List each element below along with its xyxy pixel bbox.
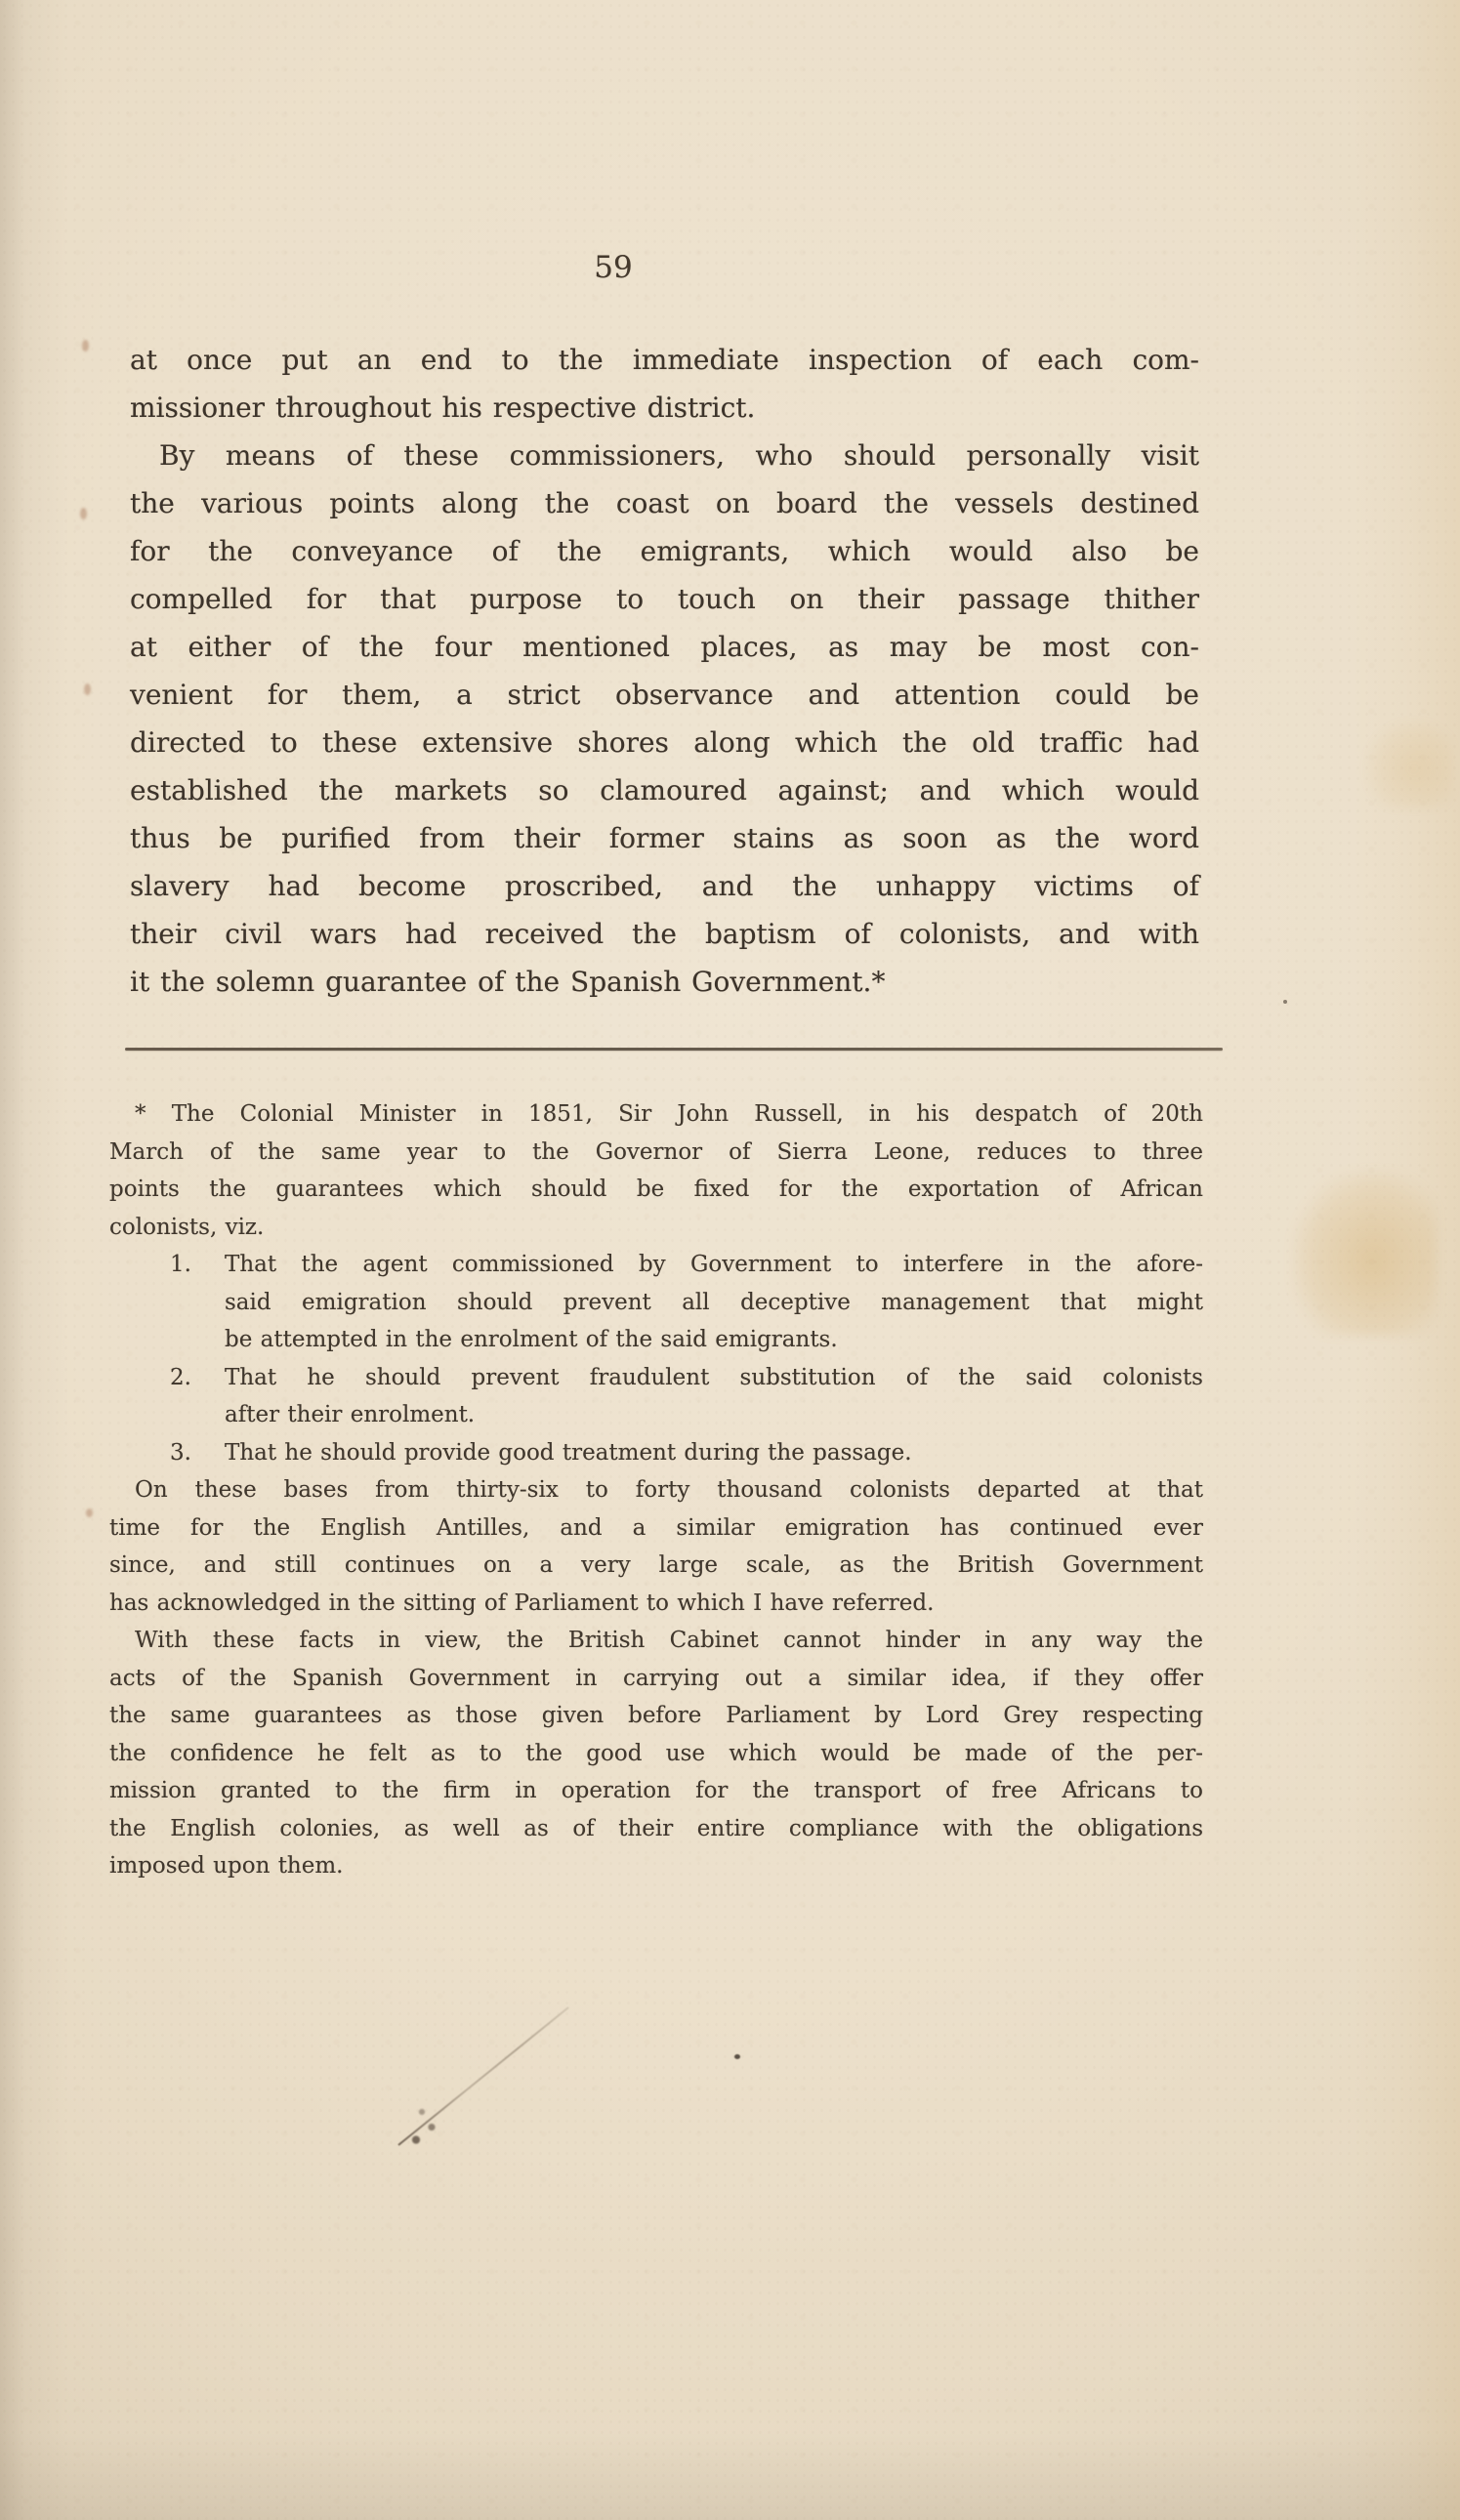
text-line: thus be purified from their former stain… xyxy=(130,814,1199,862)
text-line: has acknowledged in the sitting of Parli… xyxy=(109,1585,1203,1623)
bottom-edge-shadow xyxy=(0,2432,1460,2520)
text-line: time for the English Antilles, and a sim… xyxy=(109,1509,1203,1548)
text-line: at once put an end to the immediate insp… xyxy=(130,336,1199,384)
gutter-fleck xyxy=(84,683,91,695)
footnote-paragraph: With these facts in view, the British Ca… xyxy=(109,1622,1203,1885)
text-line: after their enrolment. xyxy=(225,1396,1203,1434)
text-line: mission granted to the firm in operation… xyxy=(109,1772,1203,1810)
footnote-list-item: 2.That he should prevent fraudulent subs… xyxy=(109,1359,1203,1434)
footnote-divider xyxy=(125,1048,1223,1051)
text-line: That the agent commissioned by Governmen… xyxy=(225,1246,1203,1284)
text-line: missioner throughout his respective dist… xyxy=(130,384,1199,432)
footnote-paragraph: * The Colonial Minister in 1851, Sir Joh… xyxy=(109,1095,1203,1246)
text-line: established the markets so clamoured aga… xyxy=(130,766,1199,814)
text-line: their civil wars had received the baptis… xyxy=(130,910,1199,958)
paragraph: By means of these commissioners, who sho… xyxy=(130,432,1199,1006)
footnote-item-number: 1. xyxy=(170,1246,225,1359)
footnote-item-text: That he should provide good treatment du… xyxy=(225,1434,1203,1472)
footnote-item-text: That the agent commissioned by Governmen… xyxy=(225,1246,1203,1359)
footnote: * The Colonial Minister in 1851, Sir Joh… xyxy=(109,1095,1203,1885)
gutter-fleck xyxy=(82,340,89,351)
text-line: at either of the four mentioned places, … xyxy=(130,623,1199,671)
text-line: imposed upon them. xyxy=(109,1847,1203,1885)
footnote-list-item: 1.That the agent commissioned by Governm… xyxy=(109,1246,1203,1359)
text-line: acts of the Spanish Government in carryi… xyxy=(109,1660,1203,1698)
text-line: compelled for that purpose to touch on t… xyxy=(130,575,1199,623)
pencil-scratch xyxy=(404,2099,443,2150)
footnote-item-number: 3. xyxy=(170,1434,225,1472)
footnote-list-item: 3.That he should provide good treatment … xyxy=(109,1434,1203,1472)
text-line: directed to these extensive shores along… xyxy=(130,719,1199,766)
ink-dot xyxy=(734,2054,740,2059)
text-line: That he should provide good treatment du… xyxy=(225,1434,1203,1472)
footnote-item-text: That he should prevent fraudulent substi… xyxy=(225,1359,1203,1434)
gutter-shadow xyxy=(0,0,68,2520)
text-line: said emigration should prevent all decep… xyxy=(225,1284,1203,1322)
text-line: points the guarantees which should be fi… xyxy=(109,1171,1203,1209)
page-number: 59 xyxy=(130,250,1097,285)
main-text: at once put an end to the immediate insp… xyxy=(130,336,1199,1006)
text-line: be attempted in the enrolment of the sai… xyxy=(225,1321,1203,1359)
text-line: On these bases from thirty-six to forty … xyxy=(109,1471,1203,1509)
text-line: By means of these commissioners, who sho… xyxy=(130,432,1199,479)
text-line: for the conveyance of the emigrants, whi… xyxy=(130,527,1199,575)
text-line: colonists, viz. xyxy=(109,1209,1203,1247)
text-line: the confidence he felt as to the good us… xyxy=(109,1735,1203,1773)
gutter-fleck xyxy=(86,1508,93,1517)
foxing-stain xyxy=(1365,721,1453,808)
book-page: 59 at once put an end to the immediate i… xyxy=(0,0,1460,2520)
text-line: the same guarantees as those given befor… xyxy=(109,1697,1203,1735)
text-line: venient for them, a strict observance an… xyxy=(130,671,1199,719)
text-line: since, and still continues on a very lar… xyxy=(109,1547,1203,1585)
footnote-paragraph: On these bases from thirty-six to forty … xyxy=(109,1471,1203,1622)
footnote-item-number: 2. xyxy=(170,1359,225,1434)
text-line: That he should prevent fraudulent substi… xyxy=(225,1359,1203,1397)
text-line: * The Colonial Minister in 1851, Sir Joh… xyxy=(109,1095,1203,1134)
foxing-stain xyxy=(1291,1170,1438,1336)
text-line: the various points along the coast on bo… xyxy=(130,479,1199,527)
text-line: March of the same year to the Governor o… xyxy=(109,1134,1203,1172)
paragraph: at once put an end to the immediate insp… xyxy=(130,336,1199,432)
text-line: it the solemn guarantee of the Spanish G… xyxy=(130,958,1199,1006)
ink-dot xyxy=(1283,1000,1287,1004)
right-edge-tint xyxy=(1353,0,1460,2520)
text-line: slavery had become proscribed, and the u… xyxy=(130,862,1199,910)
text-line: the English colonies, as well as of thei… xyxy=(109,1810,1203,1848)
text-line: With these facts in view, the British Ca… xyxy=(109,1622,1203,1660)
gutter-fleck xyxy=(80,508,87,519)
